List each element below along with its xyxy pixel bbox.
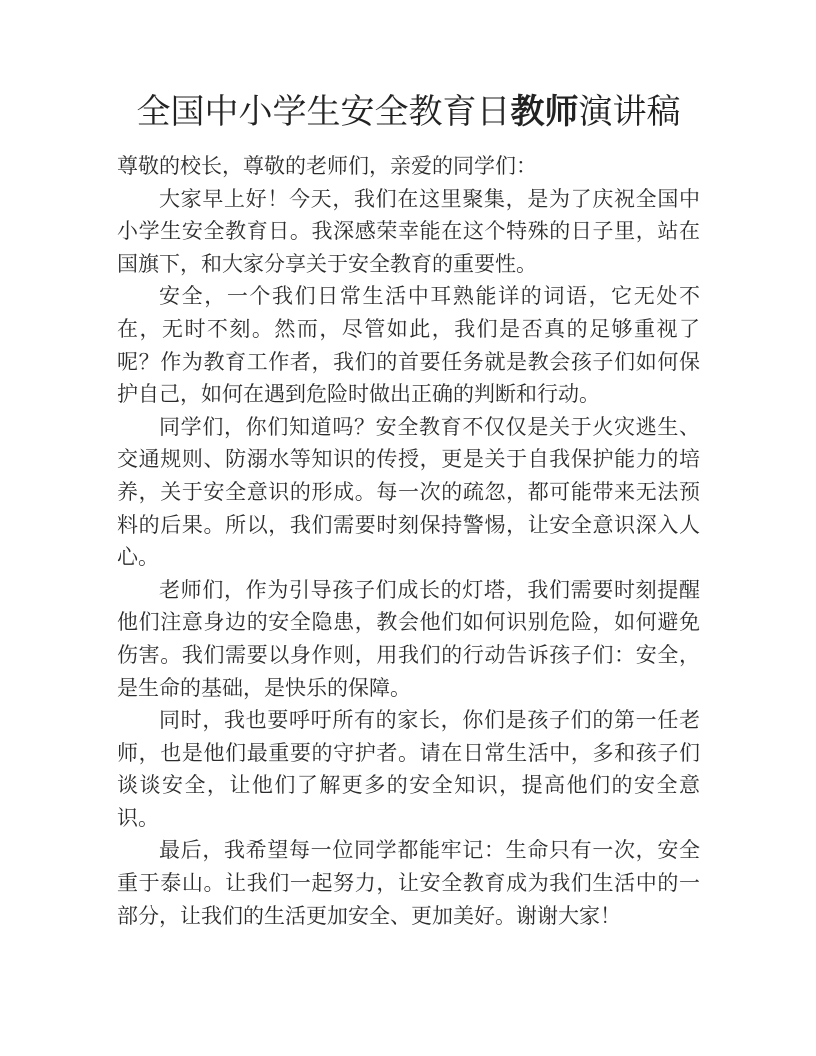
document-body: 尊敬的校长，尊敬的老师们，亲爱的同学们： 大家早上好！今天，我们在这里聚集，是为… — [117, 151, 700, 933]
paragraph-2: 安全，一个我们日常生活中耳熟能详的词语，它无处不在，无时不刻。然而，尽管如此，我… — [117, 281, 700, 411]
paragraph-1: 大家早上好！今天，我们在这里聚集，是为了庆祝全国中小学生安全教育日。我深感荣幸能… — [117, 184, 700, 282]
document-title: 全国中小学生安全教育日教师演讲稿 — [117, 90, 700, 134]
document-page: 全国中小学生安全教育日教师演讲稿 尊敬的校长，尊敬的老师们，亲爱的同学们： 大家… — [0, 0, 816, 1056]
paragraph-5: 同时，我也要呼吁所有的家长，你们是孩子们的第一任老师，也是他们最重要的守护者。请… — [117, 705, 700, 835]
title-prefix: 全国中小学生安全教育日 — [137, 93, 511, 131]
paragraph-4: 老师们，作为引导孩子们成长的灯塔，我们需要时刻提醒他们注意身边的安全隐患，教会他… — [117, 575, 700, 705]
salutation-line: 尊敬的校长，尊敬的老师们，亲爱的同学们： — [117, 151, 700, 184]
paragraph-3: 同学们，你们知道吗？安全教育不仅仅是关于火灾逃生、交通规则、防溺水等知识的传授，… — [117, 412, 700, 575]
title-suffix: 演讲稿 — [579, 93, 681, 131]
title-bold-word: 教师 — [511, 93, 579, 131]
paragraph-6: 最后，我希望每一位同学都能牢记：生命只有一次，安全重于泰山。让我们一起努力，让安… — [117, 835, 700, 933]
